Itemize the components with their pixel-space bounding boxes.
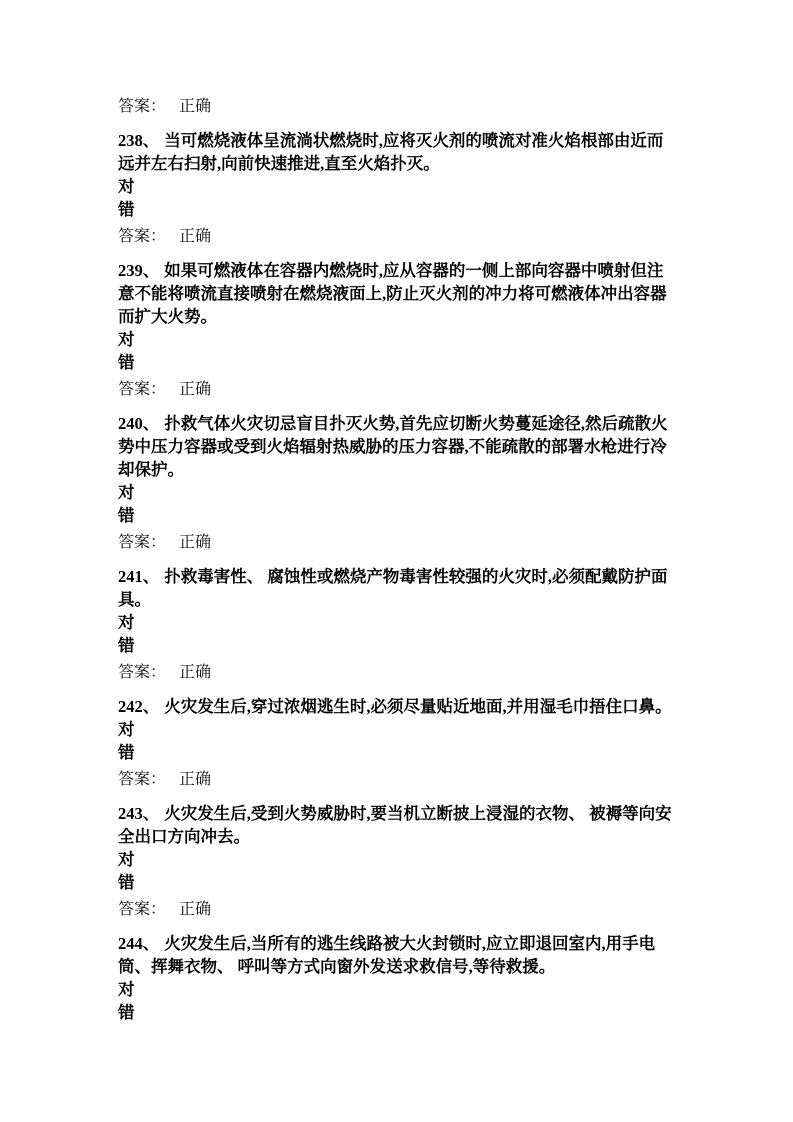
answer-row: 答案：正确 [118, 663, 678, 683]
document-page: 答案：正确 238、当可燃烧液体呈流淌状燃烧时,应将灭火剂的喷流对准火焰根部由近… [0, 0, 793, 1122]
question-body: 当可燃烧液体呈流淌状燃烧时,应将灭火剂的喷流对准火焰根部由近而远并左右扫射,向前… [118, 131, 663, 173]
answer-row: 答案：正确 [118, 770, 678, 790]
question-text: 241、扑救毒害性、 腐蚀性或燃烧产物毒害性较强的火灾时,必须配戴防护面具。 [118, 565, 678, 611]
question-body: 如果可燃液体在容器内燃烧时,应从容器的一侧上部向容器中喷射但注意不能将喷流直接喷… [118, 261, 667, 326]
question-block-244: 244、火灾发生后,当所有的逃生线路被大火封锁时,应立即退回室内,用手电筒、挥舞… [118, 932, 678, 1024]
question-number: 243、 [118, 804, 159, 823]
question-number: 241、 [118, 567, 159, 586]
answer-value: 正确 [179, 901, 211, 918]
option-true: 对 [118, 175, 678, 198]
answer-label: 答案： [118, 901, 166, 918]
option-false: 错 [118, 741, 678, 764]
answer-value: 正确 [179, 771, 211, 788]
answer-label: 答案： [118, 534, 166, 551]
answer-value: 正确 [179, 228, 211, 245]
option-false: 错 [118, 1001, 678, 1024]
option-false: 错 [118, 198, 678, 221]
answer-label: 答案： [118, 771, 166, 788]
answer-label: 答案： [118, 98, 166, 115]
question-block-243: 243、火灾发生后,受到火势威胁时,要当机立断披上浸湿的衣物、 被褥等向安全出口… [118, 802, 678, 894]
question-body: 扑救气体火灾切忌盲目扑灭火势,首先应切断火势蔓延途径,然后疏散火势中压力容器或受… [118, 414, 668, 479]
answer-label: 答案： [118, 381, 166, 398]
option-true: 对 [118, 611, 678, 634]
question-number: 244、 [118, 934, 159, 953]
option-true: 对 [118, 328, 678, 351]
answer-value: 正确 [179, 534, 211, 551]
answer-label: 答案： [118, 664, 166, 681]
answer-row: 答案：正确 [118, 97, 678, 117]
question-block-239: 239、如果可燃液体在容器内燃烧时,应从容器的一侧上部向容器中喷射但注意不能将喷… [118, 259, 678, 374]
question-block-242: 242、火灾发生后,穿过浓烟逃生时,必须尽量贴近地面,并用湿毛巾捂住口鼻。 对 … [118, 695, 678, 764]
answer-label: 答案： [118, 228, 166, 245]
question-text: 244、火灾发生后,当所有的逃生线路被大火封锁时,应立即退回室内,用手电筒、挥舞… [118, 932, 678, 978]
answer-value: 正确 [179, 98, 211, 115]
question-text: 238、当可燃烧液体呈流淌状燃烧时,应将灭火剂的喷流对准火焰根部由近而远并左右扫… [118, 129, 678, 175]
question-number: 239、 [118, 261, 159, 280]
question-text: 243、火灾发生后,受到火势威胁时,要当机立断披上浸湿的衣物、 被褥等向安全出口… [118, 802, 678, 848]
option-false: 错 [118, 871, 678, 894]
option-false: 错 [118, 634, 678, 657]
question-text: 242、火灾发生后,穿过浓烟逃生时,必须尽量贴近地面,并用湿毛巾捂住口鼻。 [118, 695, 678, 718]
option-true: 对 [118, 978, 678, 1001]
answer-value: 正确 [179, 664, 211, 681]
option-true: 对 [118, 718, 678, 741]
question-body: 火灾发生后,穿过浓烟逃生时,必须尽量贴近地面,并用湿毛巾捂住口鼻。 [164, 697, 671, 716]
question-number: 240、 [118, 414, 159, 433]
option-true: 对 [118, 481, 678, 504]
question-body: 火灾发生后,受到火势威胁时,要当机立断披上浸湿的衣物、 被褥等向安全出口方向冲去… [118, 804, 672, 846]
question-block-238: 238、当可燃烧液体呈流淌状燃烧时,应将灭火剂的喷流对准火焰根部由近而远并左右扫… [118, 129, 678, 221]
question-text: 240、扑救气体火灾切忌盲目扑灭火势,首先应切断火势蔓延途径,然后疏散火势中压力… [118, 412, 678, 481]
question-text: 239、如果可燃液体在容器内燃烧时,应从容器的一侧上部向容器中喷射但注意不能将喷… [118, 259, 678, 328]
question-block-240: 240、扑救气体火灾切忌盲目扑灭火势,首先应切断火势蔓延途径,然后疏散火势中压力… [118, 412, 678, 527]
option-true: 对 [118, 848, 678, 871]
question-body: 扑救毒害性、 腐蚀性或燃烧产物毒害性较强的火灾时,必须配戴防护面具。 [118, 567, 668, 609]
answer-row: 答案：正确 [118, 227, 678, 247]
answer-row: 答案：正确 [118, 900, 678, 920]
question-number: 238、 [118, 131, 159, 150]
question-number: 242、 [118, 697, 159, 716]
answer-row: 答案：正确 [118, 380, 678, 400]
question-body: 火灾发生后,当所有的逃生线路被大火封锁时,应立即退回室内,用手电筒、挥舞衣物、 … [118, 934, 655, 976]
question-block-241: 241、扑救毒害性、 腐蚀性或燃烧产物毒害性较强的火灾时,必须配戴防护面具。 对… [118, 565, 678, 657]
option-false: 错 [118, 351, 678, 374]
answer-row: 答案：正确 [118, 533, 678, 553]
answer-value: 正确 [179, 381, 211, 398]
option-false: 错 [118, 504, 678, 527]
